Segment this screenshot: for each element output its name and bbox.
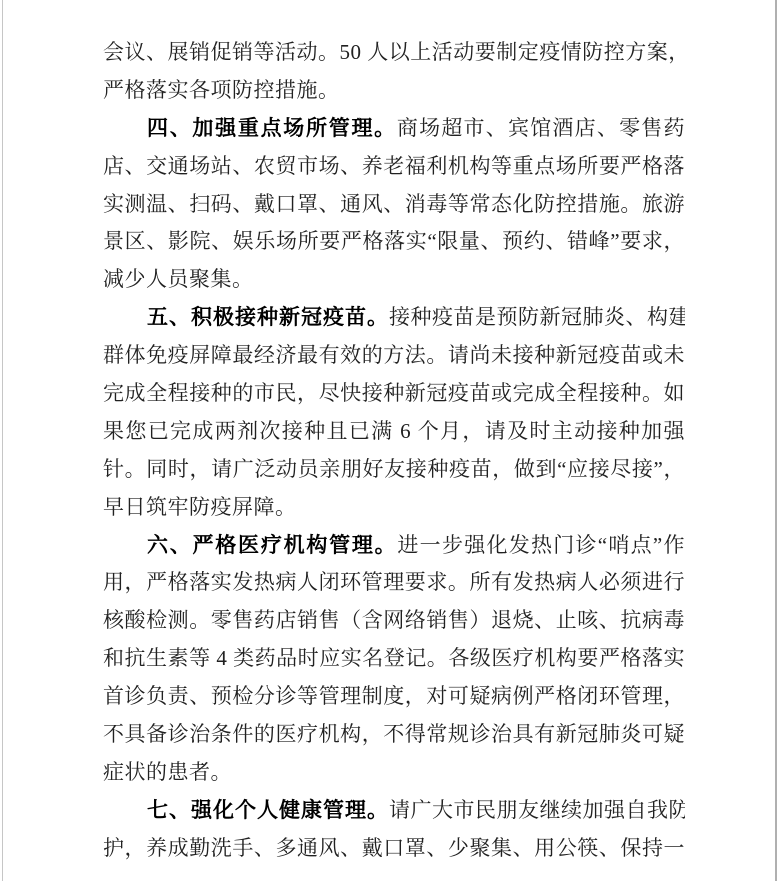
text-line: 严格落实各项防控措施。 <box>103 72 685 110</box>
text-line: 首诊负责、预检分诊等管理制度，对可疑病例严格闭环管理， <box>103 678 685 716</box>
body-text: 会议、展销促销等活动。50 人以上活动要制定疫情防控方案， <box>103 40 685 64</box>
text-line: 会议、展销促销等活动。50 人以上活动要制定疫情防控方案， <box>103 34 685 72</box>
body-text: 果您已完成两剂次接种且已满 6 个月，请及时主动接种加强 <box>103 419 685 443</box>
text-line: 针。同时，请广泛动员亲朋好友接种疫苗，做到“应接尽接”， <box>103 451 685 489</box>
text-line: 核酸检测。零售药店销售（含网络销售）退烧、止咳、抗病毒 <box>103 602 685 640</box>
document-viewer-page: { "page": { "background": "#ffffff", "ed… <box>0 0 780 881</box>
body-text: 实测温、扫码、戴口罩、通风、消毒等常态化防控措施。旅游 <box>103 192 685 216</box>
body-text: 首诊负责、预检分诊等管理制度，对可疑病例严格闭环管理， <box>103 684 685 708</box>
text-line: 果您已完成两剂次接种且已满 6 个月，请及时主动接种加强 <box>103 413 685 451</box>
body-text: 完成全程接种的市民，尽快接种新冠疫苗或完成全程接种。如 <box>103 381 685 405</box>
body-text: 核酸检测。零售药店销售（含网络销售）退烧、止咳、抗病毒 <box>103 608 685 632</box>
text-line: 四、加强重点场所管理。商场超市、宾馆酒店、零售药 <box>103 110 685 148</box>
text-line: 群体免疫屏障最经济最有效的方法。请尚未接种新冠疫苗或未 <box>103 337 685 375</box>
body-text: 用，严格落实发热病人闭环管理要求。所有发热病人必须进行 <box>103 570 685 594</box>
body-text: 不具备诊治条件的医疗机构，不得常规诊治具有新冠肺炎可疑 <box>103 722 685 746</box>
document-body: 会议、展销促销等活动。50 人以上活动要制定疫情防控方案，严格落实各项防控措施。… <box>103 34 685 868</box>
body-text: 群体免疫屏障最经济最有效的方法。请尚未接种新冠疫苗或未 <box>103 343 685 367</box>
text-line: 症状的患者。 <box>103 754 685 792</box>
body-text: 针。同时，请广泛动员亲朋好友接种疫苗，做到“应接尽接”， <box>103 457 685 481</box>
text-line: 六、严格医疗机构管理。进一步强化发热门诊“哨点”作 <box>103 527 685 565</box>
body-text: 症状的患者。 <box>103 760 232 784</box>
text-line: 七、强化个人健康管理。请广大市民朋友继续加强自我防 <box>103 792 685 830</box>
text-line: 早日筑牢防疫屏障。 <box>103 489 685 527</box>
text-line: 用，严格落实发热病人闭环管理要求。所有发热病人必须进行 <box>103 564 685 602</box>
text-line: 护，养成勤洗手、多通风、戴口罩、少聚集、用公筷、保持一 <box>103 830 685 868</box>
body-text: 进一步强化发热门诊“哨点”作 <box>397 533 685 557</box>
text-line: 景区、影院、娱乐场所要严格落实“限量、预约、错峰”要求， <box>103 223 685 261</box>
text-line: 五、积极接种新冠疫苗。接种疫苗是预防新冠肺炎、构建 <box>103 299 685 337</box>
body-text: 和抗生素等 4 类药品时应实名登记。各级医疗机构要严格落实 <box>103 646 685 670</box>
body-text: 景区、影院、娱乐场所要严格落实“限量、预约、错峰”要求， <box>103 229 685 253</box>
section-heading-text: 四、加强重点场所管理。 <box>147 117 397 140</box>
body-text: 减少人员聚集。 <box>103 267 254 291</box>
text-line: 不具备诊治条件的医疗机构，不得常规诊治具有新冠肺炎可疑 <box>103 716 685 754</box>
section-heading-text: 七、强化个人健康管理。 <box>147 799 389 822</box>
text-line: 店、交通场站、农贸市场、养老福利机构等重点场所要严格落 <box>103 148 685 186</box>
text-line: 和抗生素等 4 类药品时应实名登记。各级医疗机构要严格落实 <box>103 640 685 678</box>
text-line: 完成全程接种的市民，尽快接种新冠疫苗或完成全程接种。如 <box>103 375 685 413</box>
body-text: 店、交通场站、农贸市场、养老福利机构等重点场所要严格落 <box>103 154 685 178</box>
page-left-edge-line <box>2 0 3 881</box>
body-text: 严格落实各项防控措施。 <box>103 78 340 102</box>
body-text: 护，养成勤洗手、多通风、戴口罩、少聚集、用公筷、保持一 <box>103 836 685 860</box>
text-line: 实测温、扫码、戴口罩、通风、消毒等常态化防控措施。旅游 <box>103 186 685 224</box>
body-text: 请广大市民朋友继续加强自我防 <box>389 798 685 822</box>
text-line: 减少人员聚集。 <box>103 261 685 299</box>
page-right-edge-line <box>775 0 777 881</box>
body-text: 早日筑牢防疫屏障。 <box>103 495 297 519</box>
body-text: 接种疫苗是预防新冠肺炎、构建 <box>389 305 685 329</box>
section-heading-text: 六、严格医疗机构管理。 <box>147 534 397 557</box>
section-heading-text: 五、积极接种新冠疫苗。 <box>147 306 389 329</box>
body-text: 商场超市、宾馆酒店、零售药 <box>397 116 685 140</box>
